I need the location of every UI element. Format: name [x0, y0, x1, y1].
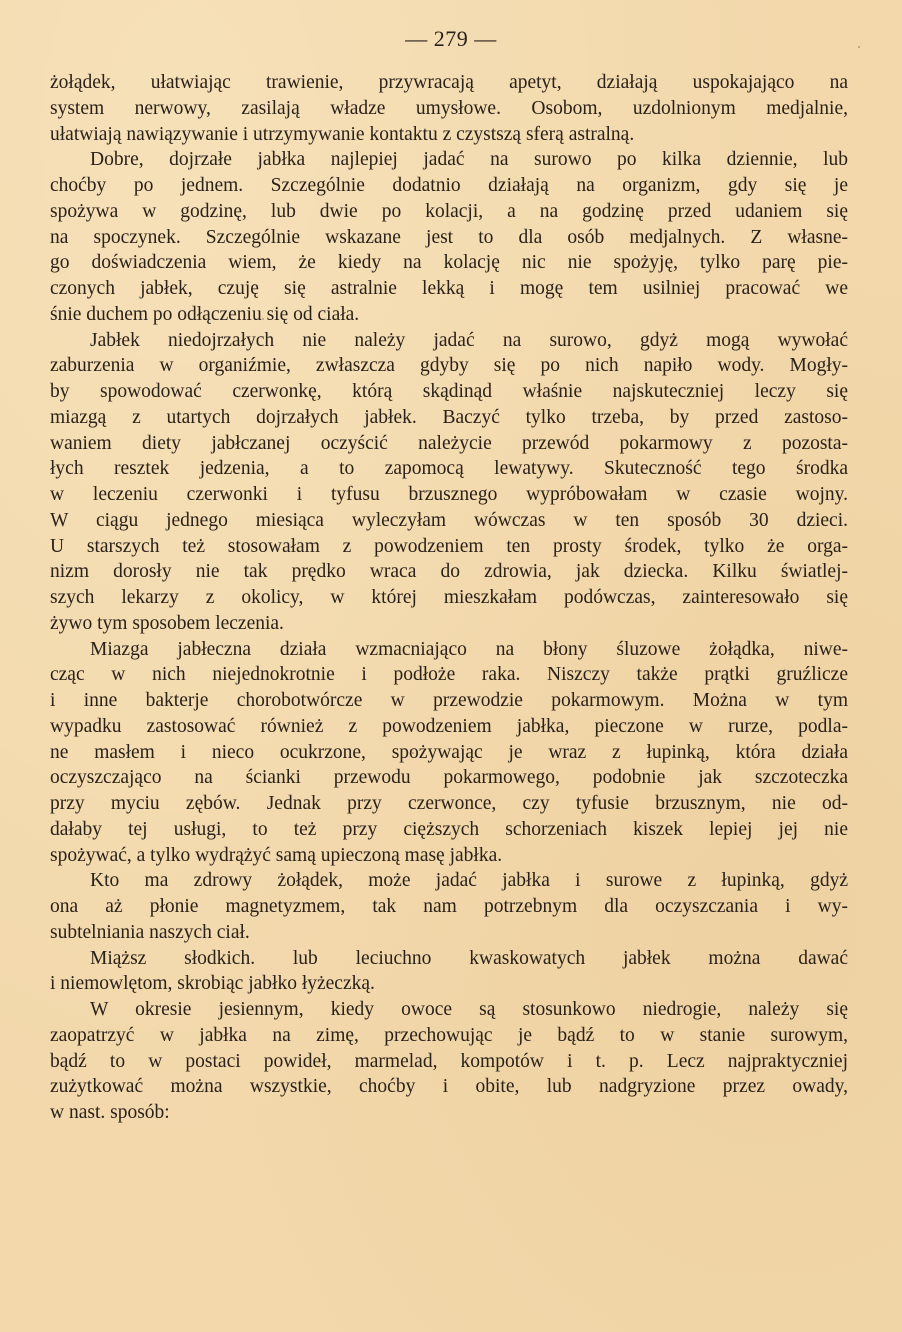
- text-line: ona aż płonie magnetyzmem, tak nam potrz…: [50, 894, 848, 920]
- text-line: U starszych też stosowałam z powodzeniem…: [50, 534, 848, 560]
- scan-speck: [412, 752, 414, 754]
- text-line: zaburzenia w organiźmie, zwłaszcza gdyby…: [50, 353, 848, 379]
- text-line: zużytkować można wszystkie, choćby i obi…: [50, 1074, 848, 1100]
- text-line: nizm dorosły nie tak prędko wraca do zdr…: [50, 559, 848, 585]
- scan-speck: [858, 46, 860, 48]
- text-line: wypadku zastosować również z powodzeniem…: [50, 714, 848, 740]
- text-line: ułatwiają nawiązywanie i utrzymywanie ko…: [50, 122, 848, 148]
- text-line: go doświadczenia wiem, że kiedy na kolac…: [50, 250, 848, 276]
- text-line: zaopatrzyć w jabłka na zimę, przechowują…: [50, 1023, 848, 1049]
- text-line: Miazga jabłeczna działa wzmacniająco na …: [50, 637, 848, 663]
- scan-speck: [262, 318, 264, 320]
- scan-speck: [88, 836, 90, 838]
- text-line: choćby po jednem. Szczególnie dodatnio d…: [50, 173, 848, 199]
- text-line: Dobre, dojrzałe jabłka najlepiej jadać n…: [50, 147, 848, 173]
- text-line: spożywa w godzinę, lub dwie po kolacji, …: [50, 199, 848, 225]
- text-line: Jabłek niedojrzałych nie należy jadać na…: [50, 328, 848, 354]
- text-line: i inne bakterje chorobotwórcze w przewod…: [50, 688, 848, 714]
- text-line: waniem diety jabłczanej oczyścić należyc…: [50, 431, 848, 457]
- text-line: miazgą z utartych dojrzałych jabłek. Bac…: [50, 405, 848, 431]
- text-line: subtelniania naszych ciał.: [50, 920, 848, 946]
- text-line: przy myciu zębów. Jednak przy czerwonce,…: [50, 791, 848, 817]
- body-text: żołądek, ułatwiając trawienie, przywraca…: [50, 70, 848, 1126]
- text-line: żywo tym sposobem leczenia.: [50, 611, 848, 637]
- text-line: Kto ma zdrowy żołądek, może jadać jabłka…: [50, 868, 848, 894]
- scanned-book-page: — 279 — żołądek, ułatwiając trawienie, p…: [0, 0, 902, 1332]
- text-line: czonych jabłek, czuję się astralnie lekk…: [50, 276, 848, 302]
- text-line: spożywać, a tylko wydrążyć samą upieczon…: [50, 843, 848, 869]
- text-line: w nast. sposób:: [50, 1100, 848, 1126]
- text-line: W okresie jesiennym, kiedy owoce są stos…: [50, 997, 848, 1023]
- text-line: Miąższ słodkich. lub leciuchno kwaskowat…: [50, 946, 848, 972]
- text-line: na spoczynek. Szczególnie wskazane jest …: [50, 225, 848, 251]
- text-line: W ciągu jednego miesiąca wyleczyłam wówc…: [50, 508, 848, 534]
- text-line: ne masłem i nieco ocukrzone, spożywając …: [50, 740, 848, 766]
- text-line: system nerwowy, zasilają władze umysłowe…: [50, 96, 848, 122]
- text-line: w leczeniu czerwonki i tyfusu brzusznego…: [50, 482, 848, 508]
- text-line: szych lekarzy z okolicy, w której mieszk…: [50, 585, 848, 611]
- text-line: cząc w nich niejednokrotnie i podłoże ra…: [50, 662, 848, 688]
- text-line: łych resztek jedzenia, a to zapomocą lew…: [50, 456, 848, 482]
- text-line: i niemowlętom, skrobiąc jabłko łyżeczką.: [50, 971, 848, 997]
- text-line: żołądek, ułatwiając trawienie, przywraca…: [50, 70, 848, 96]
- text-line: dałaby tej usługi, to też przy cięższych…: [50, 817, 848, 843]
- text-line: oczyszczająco na ścianki przewodu pokarm…: [50, 765, 848, 791]
- text-line: śnie duchem po odłączeniu się od ciała.: [50, 302, 848, 328]
- text-line: by spowodować czerwonkę, którą skądinąd …: [50, 379, 848, 405]
- page-number: — 279 —: [0, 26, 902, 52]
- text-line: bądź to w postaci powideł, marmelad, kom…: [50, 1049, 848, 1075]
